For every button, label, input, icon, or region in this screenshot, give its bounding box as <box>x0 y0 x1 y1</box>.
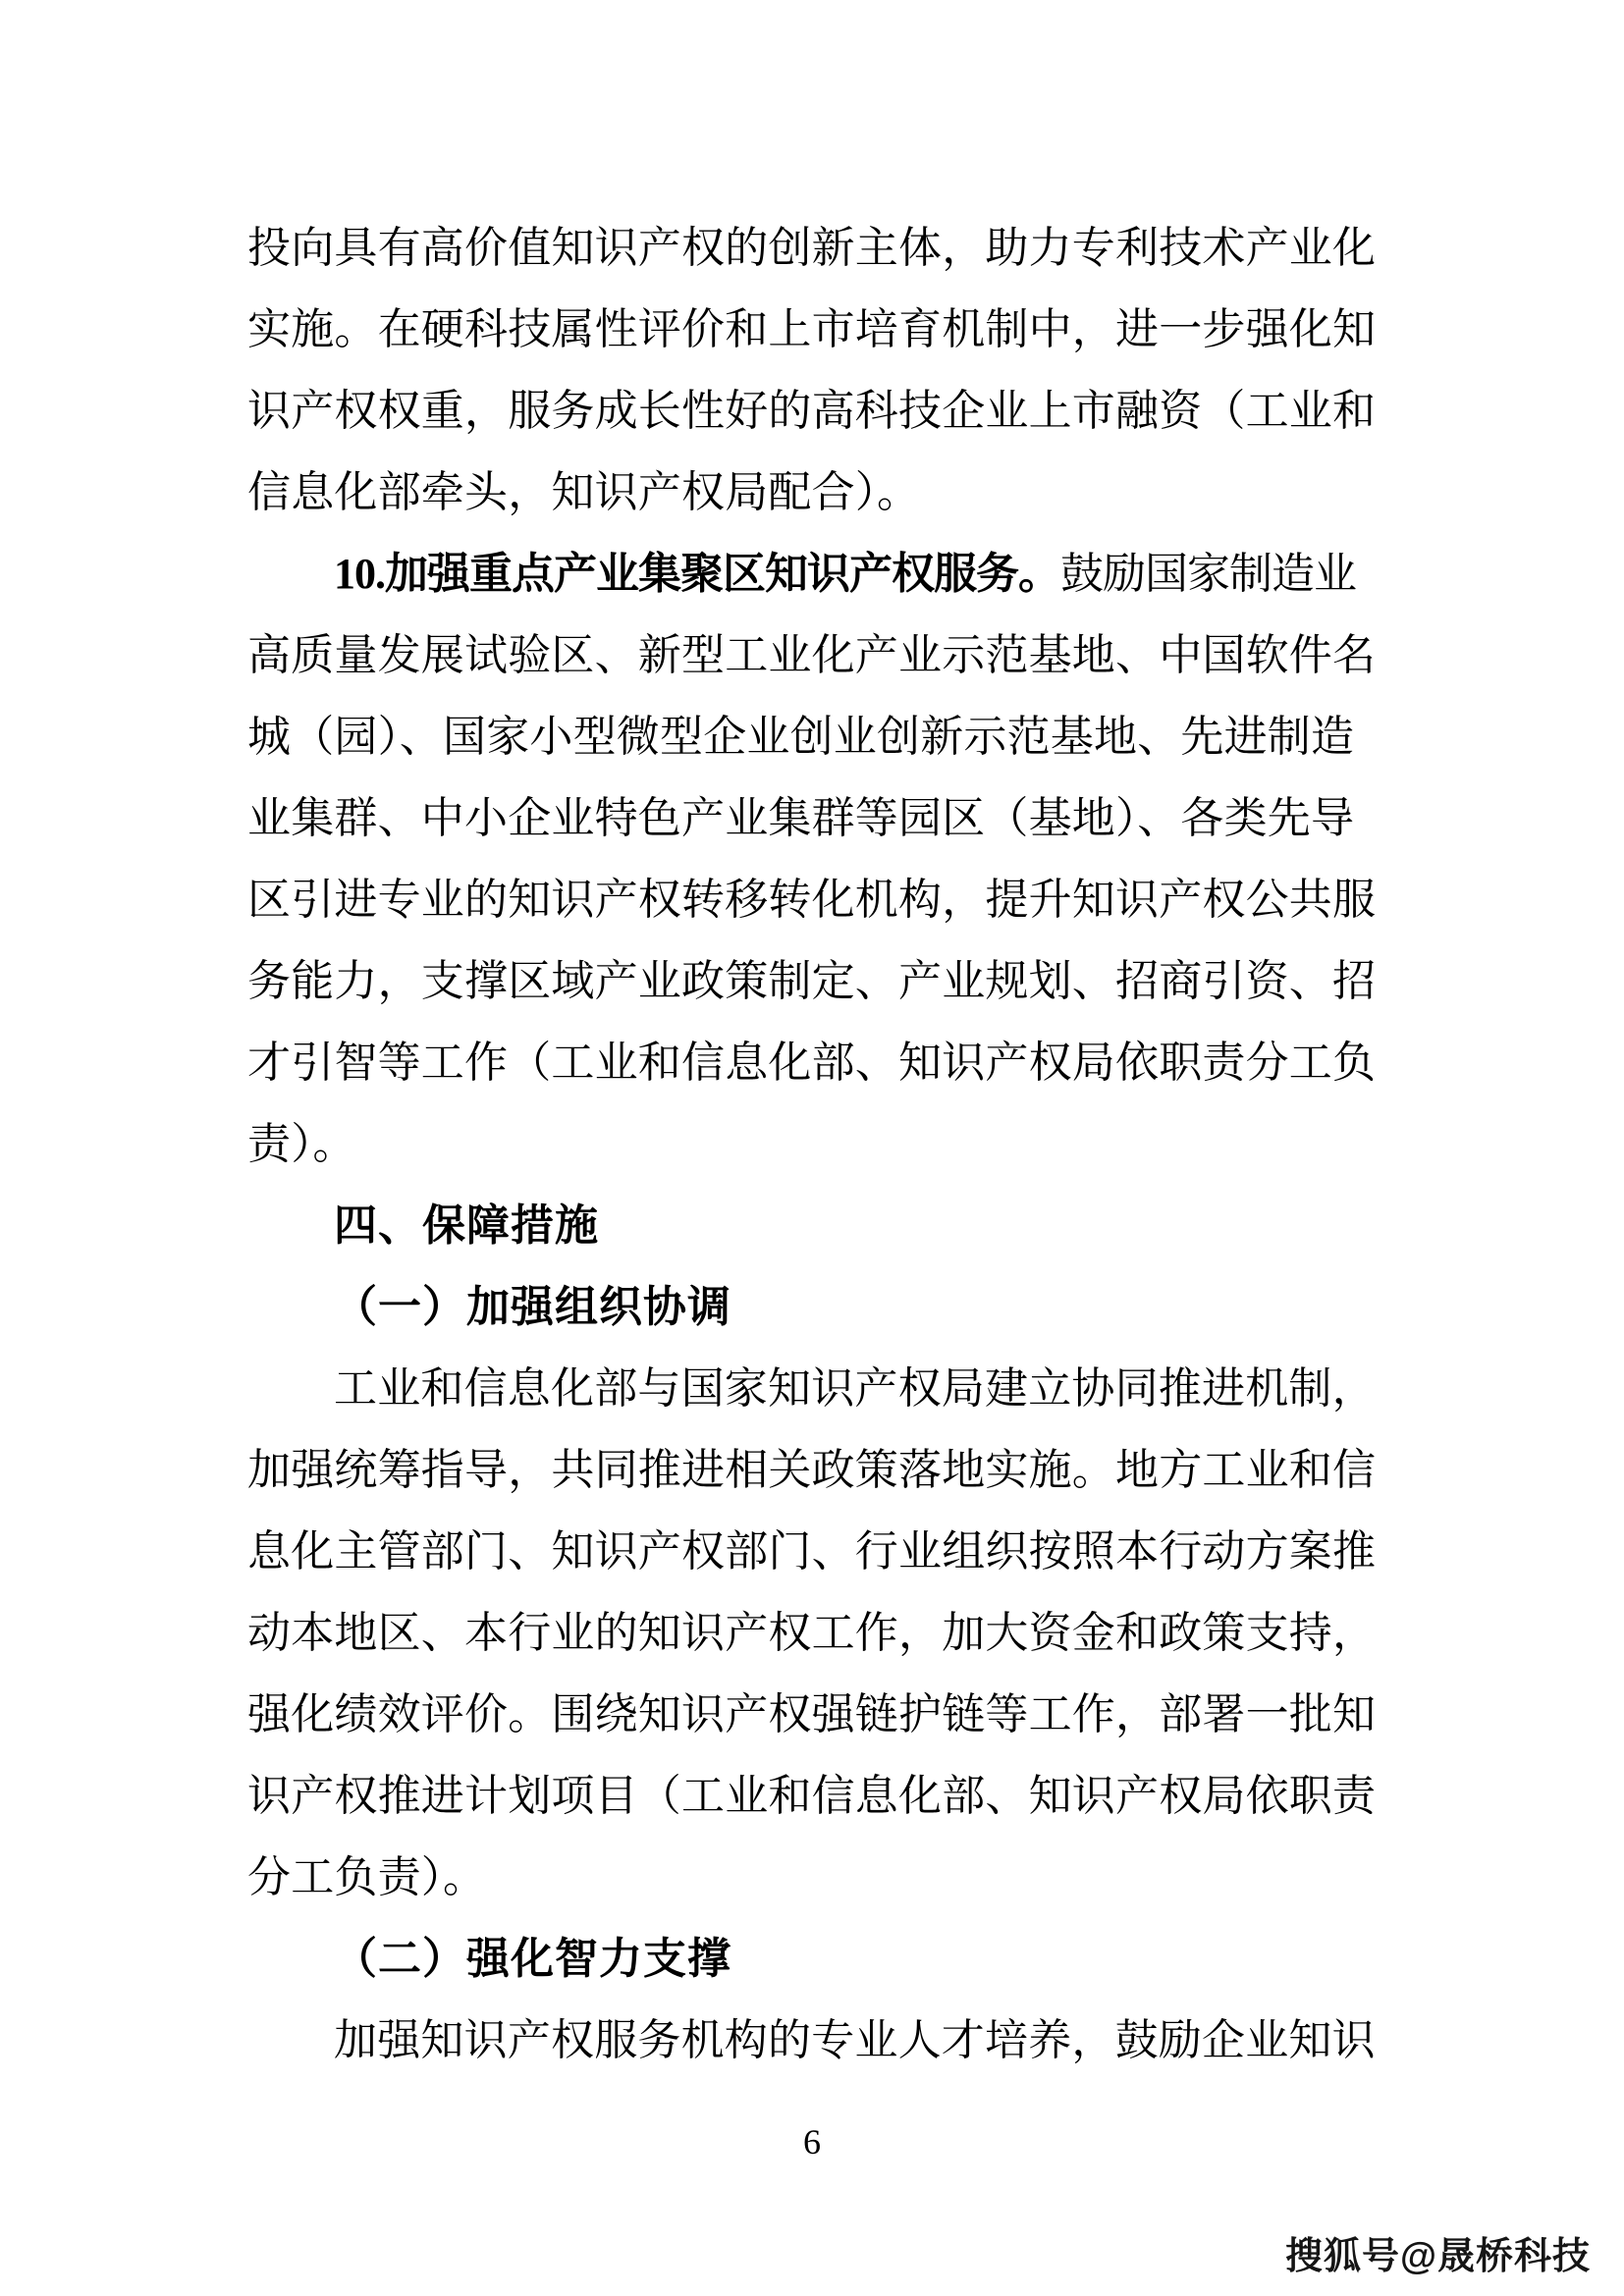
body-line: 息化主管部门、知识产权部门、行业组织按照本行动方案推 <box>247 1511 1377 1592</box>
body-line: 加强知识产权服务机构的专业人才培养，鼓励企业知识 <box>247 2000 1377 2081</box>
body-line: 高质量发展试验区、新型工业化产业示范基地、中国软件名 <box>247 614 1377 696</box>
page-number: 6 <box>0 2120 1624 2163</box>
body-line: 动本地区、本行业的知识产权工作，加大资金和政策支持， <box>247 1592 1377 1674</box>
subsection-heading-2: （二）强化智力支撑 <box>247 1918 1377 2000</box>
body-line: 识产权权重，服务成长性好的高科技企业上市融资（工业和 <box>247 370 1377 452</box>
body-line: 加强统筹指导，共同推进相关政策落地实施。地方工业和信 <box>247 1429 1377 1511</box>
document-text-block: 投向具有高价值知识产权的创新主体，助力专利技术产业化 实施。在硬科技属性评价和上… <box>247 207 1377 2081</box>
body-line-numbered-item: 10.加强重点产业集聚区知识产权服务。鼓励国家制造业 <box>247 533 1377 614</box>
item-10-text-start: 鼓励国家制造业 <box>1060 550 1356 598</box>
body-line: 识产权推进计划项目（工业和信息化部、知识产权局依职责 <box>247 1755 1377 1837</box>
body-line: 分工负责）。 <box>247 1837 1377 1918</box>
item-10-bold-title: 10.加强重点产业集聚区知识产权服务。 <box>334 550 1060 598</box>
sohu-watermark: 搜狐号@晟桥科技 <box>1285 2234 1591 2279</box>
body-line: 城（园）、国家小型微型企业创业创新示范基地、先进制造 <box>247 696 1377 777</box>
body-line: 强化绩效评价。围绕知识产权强链护链等工作，部署一批知 <box>247 1674 1377 1755</box>
body-line: 工业和信息化部与国家知识产权局建立协同推进机制， <box>247 1348 1377 1429</box>
body-line: 才引智等工作（工业和信息化部、知识产权局依职责分工负 <box>247 1022 1377 1103</box>
body-line: 信息化部牵头，知识产权局配合）。 <box>247 452 1377 533</box>
body-line: 责）。 <box>247 1103 1377 1185</box>
subsection-heading-1: （一）加强组织协调 <box>247 1266 1377 1348</box>
section-heading: 四、保障措施 <box>247 1185 1377 1266</box>
body-line: 投向具有高价值知识产权的创新主体，助力专利技术产业化 <box>247 207 1377 289</box>
body-line: 业集群、中小企业特色产业集群等园区（基地）、各类先导 <box>247 777 1377 859</box>
document-page: 投向具有高价值知识产权的创新主体，助力专利技术产业化 实施。在硬科技属性评价和上… <box>0 0 1624 2296</box>
body-line: 实施。在硬科技属性评价和上市培育机制中，进一步强化知 <box>247 289 1377 370</box>
body-line: 务能力，支撑区域产业政策制定、产业规划、招商引资、招 <box>247 940 1377 1022</box>
body-line: 区引进专业的知识产权转移转化机构，提升知识产权公共服 <box>247 859 1377 940</box>
